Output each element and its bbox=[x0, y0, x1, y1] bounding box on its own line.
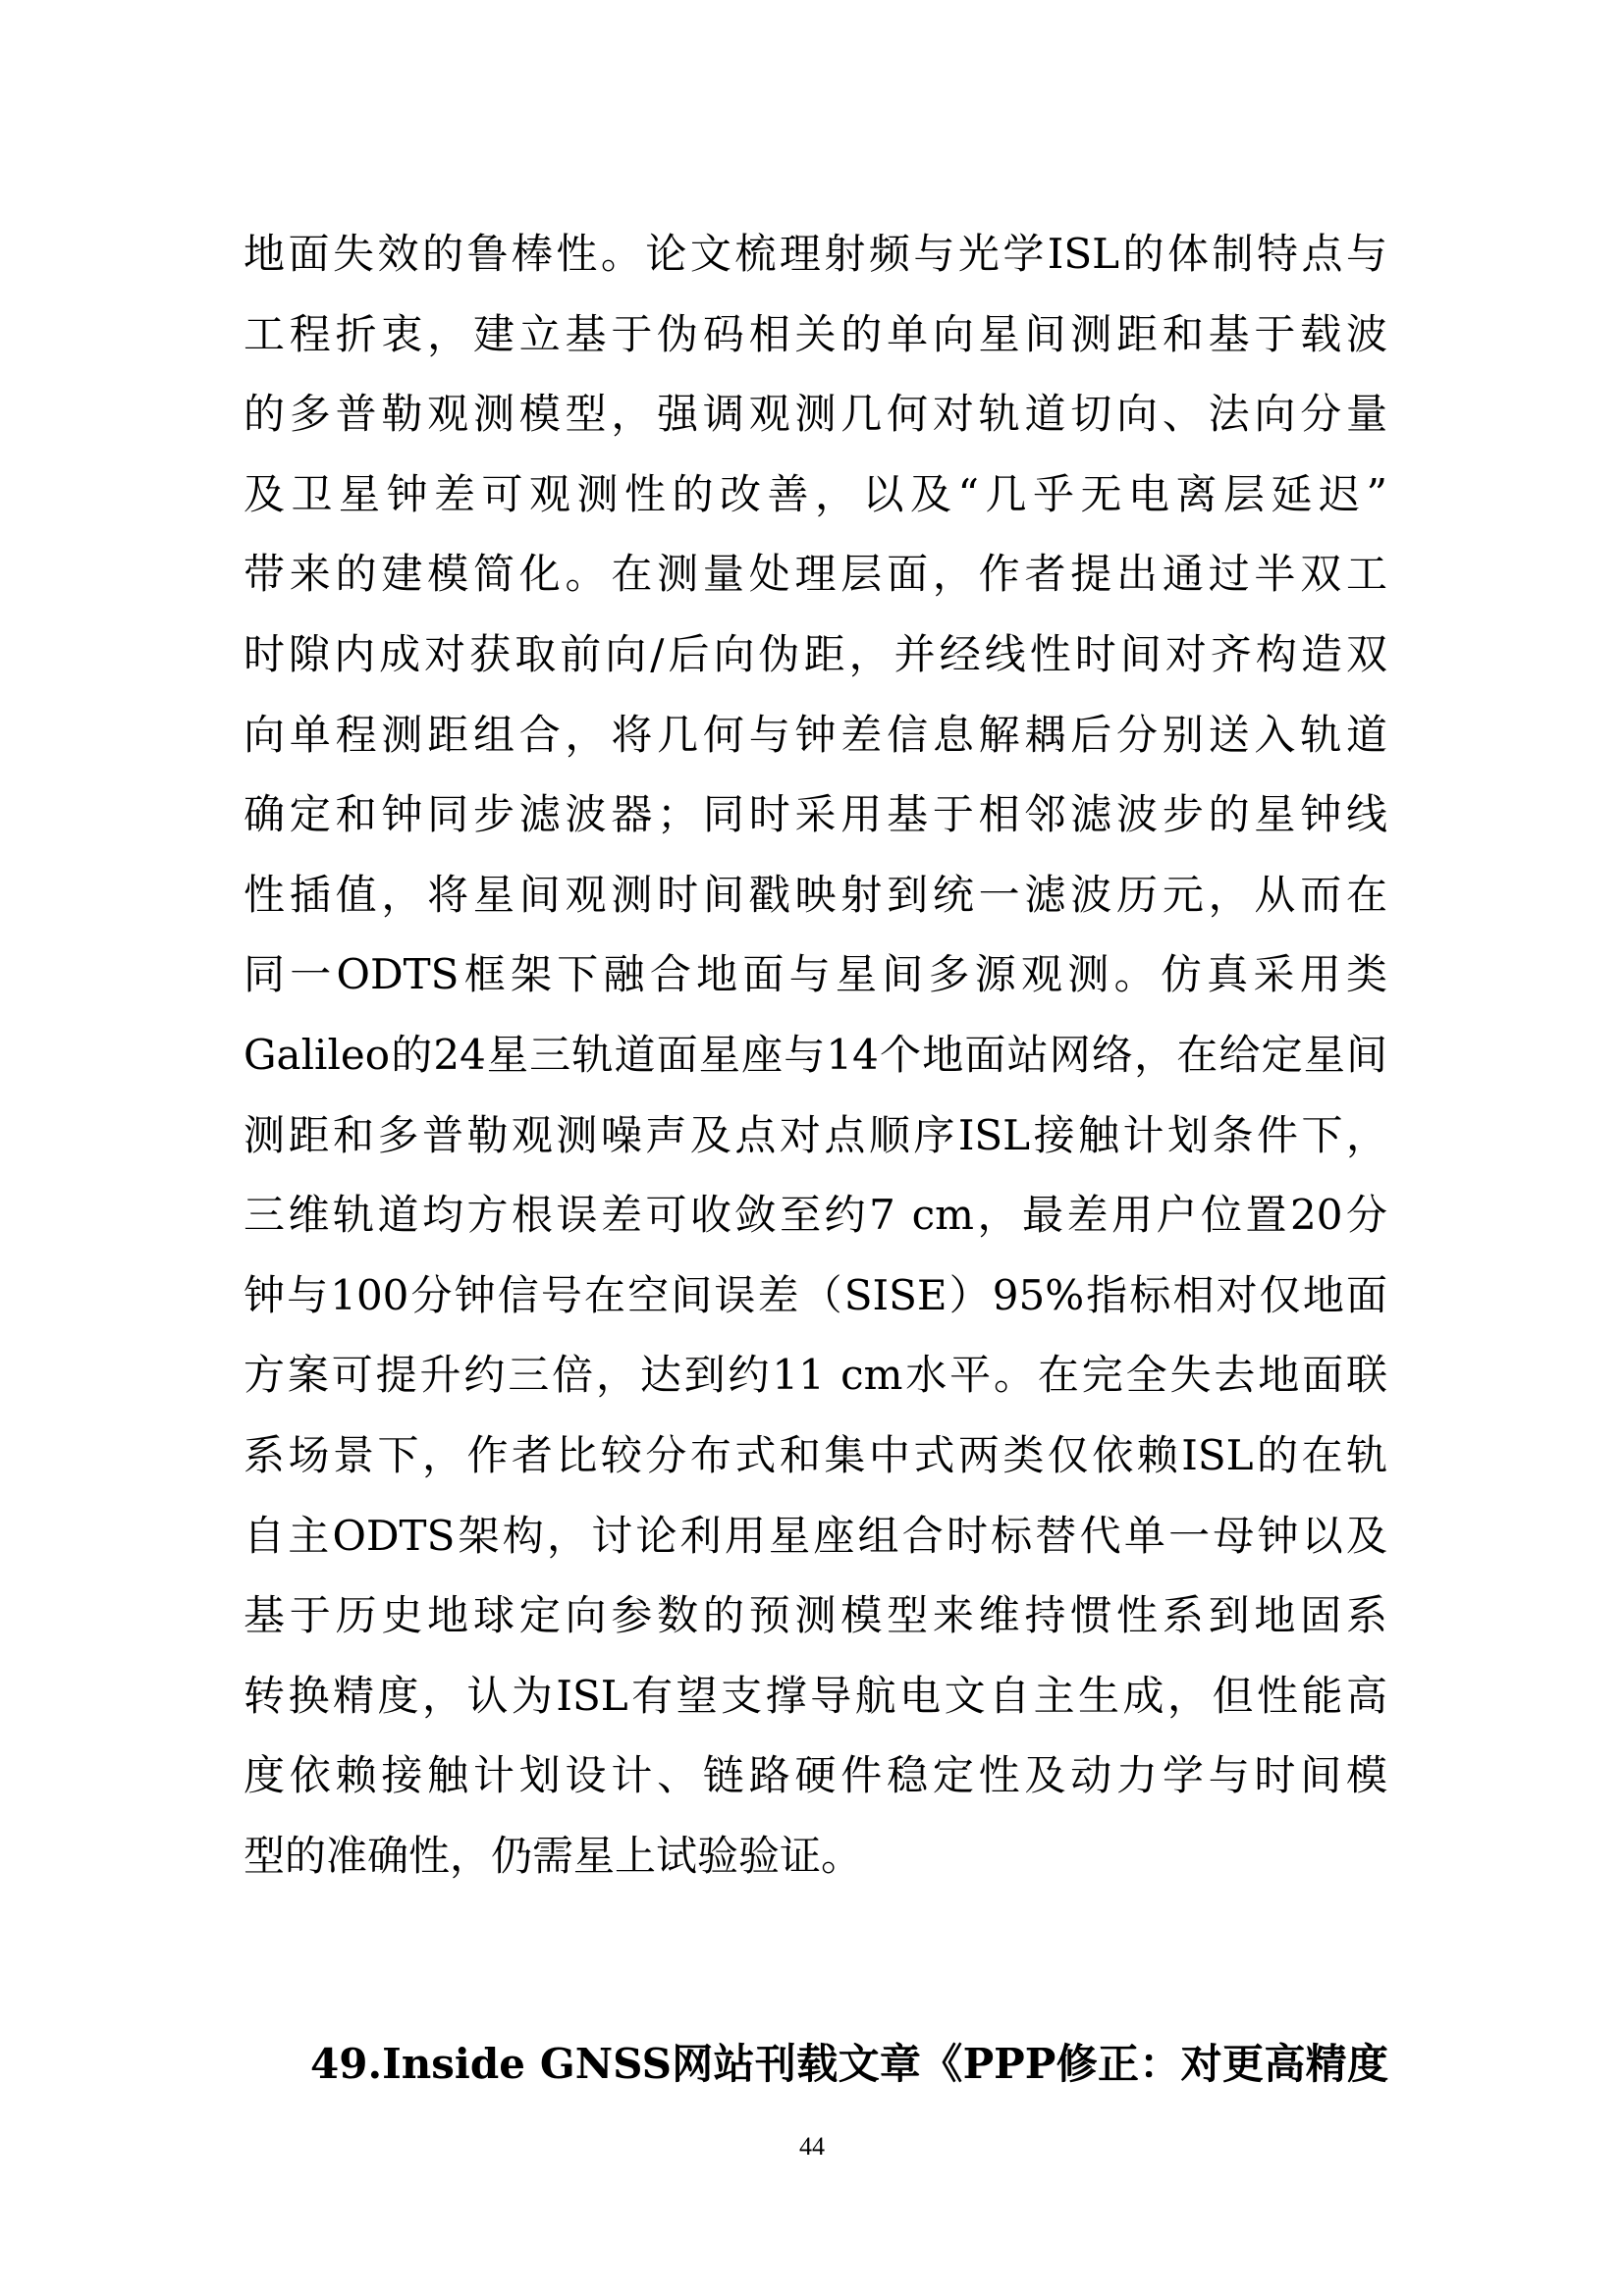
paragraph-line: 钟与100分钟信号在空间误差（SISE）95%指标相对仅地面 bbox=[244, 1255, 1387, 1336]
page-number: 44 bbox=[0, 2132, 1624, 2162]
paragraph-line: 系场景下，作者比较分布式和集中式两类仅依赖ISL的在轨 bbox=[244, 1415, 1387, 1496]
paragraph-line: 工程折衷，建立基于伪码相关的单向星间测距和基于载波 bbox=[244, 294, 1387, 375]
paragraph-line: Galileo的24星三轨道面星座与14个地面站网络，在给定星间 bbox=[244, 1015, 1387, 1095]
paragraph-line: 自主ODTS架构，讨论利用星座组合时标替代单一母钟以及 bbox=[244, 1496, 1387, 1576]
paragraph-line: 基于历史地球定向参数的预测模型来维持惯性系到地固系 bbox=[244, 1575, 1387, 1656]
paragraph-line: 测距和多普勒观测噪声及点对点顺序ISL接触计划条件下， bbox=[244, 1095, 1387, 1176]
paragraph-line: 及卫星钟差可观测性的改善，以及“几乎无电离层延迟” bbox=[244, 454, 1387, 535]
paragraph-line: 的多普勒观测模型，强调观测几何对轨道切向、法向分量 bbox=[244, 374, 1387, 454]
paragraph-line: 时隙内成对获取前向/后向伪距，并经线性时间对齐构造双 bbox=[244, 614, 1387, 695]
paragraph-line: 地面失效的鲁棒性。论文梳理射频与光学ISL的体制特点与 bbox=[244, 214, 1387, 294]
paragraph-line: 同一ODTS框架下融合地面与星间多源观测。仿真采用类 bbox=[244, 934, 1387, 1015]
body-paragraph: 地面失效的鲁棒性。论文梳理射频与光学ISL的体制特点与 工程折衷，建立基于伪码相… bbox=[244, 214, 1387, 1896]
paragraph-line: 转换精度，认为ISL有望支撑导航电文自主生成，但性能高 bbox=[244, 1656, 1387, 1736]
paragraph-line: 向单程测距组合，将几何与钟差信息解耦后分别送入轨道 bbox=[244, 695, 1387, 775]
paragraph-line: 带来的建模简化。在测量处理层面，作者提出通过半双工 bbox=[244, 534, 1387, 614]
paragraph-line: 性插值，将星间观测时间戳映射到统一滤波历元，从而在 bbox=[244, 855, 1387, 935]
paragraph-line: 型的准确性，仍需星上试验验证。 bbox=[244, 1816, 1387, 1896]
section-heading: 49.Inside GNSS网站刊载文章《PPP修正：对更高精度 bbox=[310, 2024, 1388, 2105]
paragraph-line: 方案可提升约三倍，达到约11 cm水平。在完全失去地面联 bbox=[244, 1335, 1387, 1415]
document-page: 地面失效的鲁棒性。论文梳理射频与光学ISL的体制特点与 工程折衷，建立基于伪码相… bbox=[0, 0, 1624, 2296]
paragraph-line: 三维轨道均方根误差可收敛至约7 cm，最差用户位置20分 bbox=[244, 1175, 1387, 1255]
paragraph-line: 确定和钟同步滤波器；同时采用基于相邻滤波步的星钟线 bbox=[244, 774, 1387, 855]
paragraph-line: 度依赖接触计划设计、链路硬件稳定性及动力学与时间模 bbox=[244, 1735, 1387, 1816]
